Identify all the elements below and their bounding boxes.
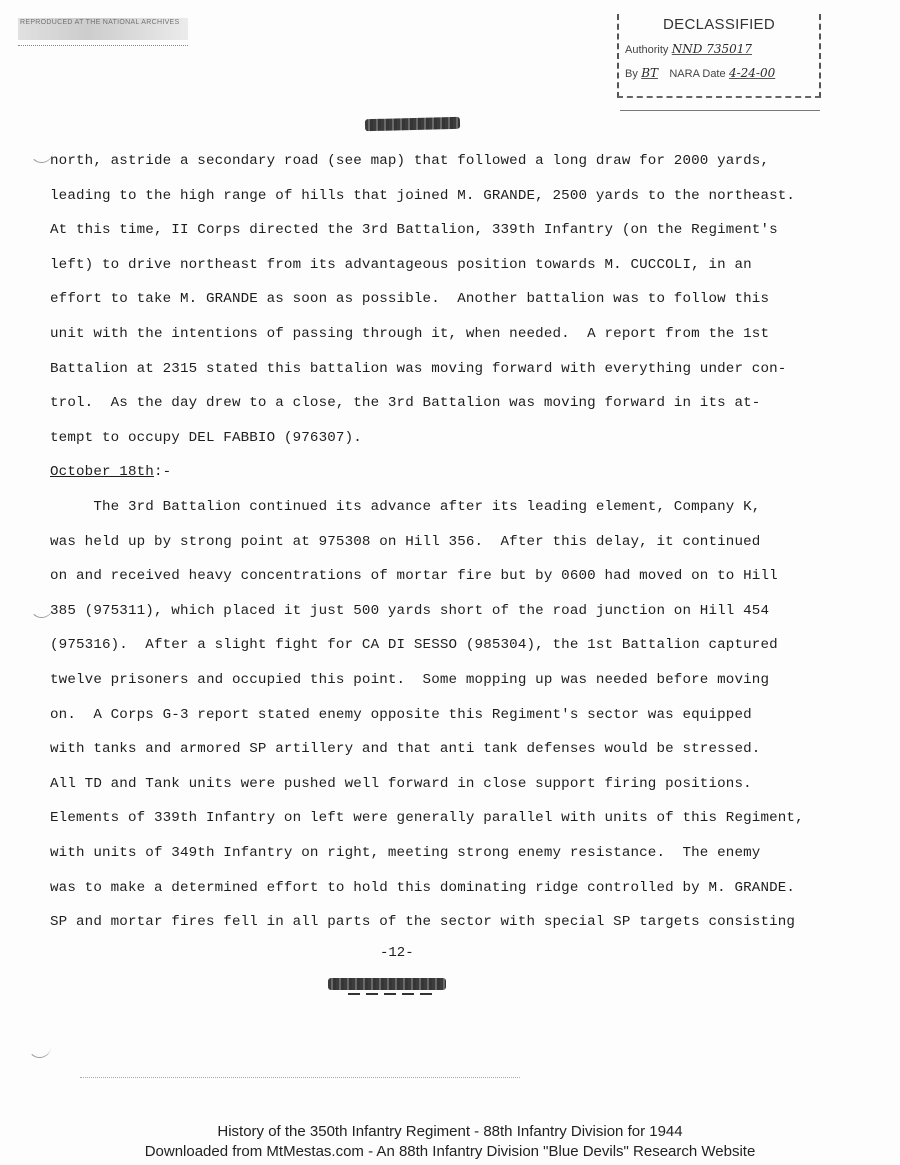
text-line: was held up by strong point at 975308 on… bbox=[50, 534, 760, 550]
section-heading: October 18th:- bbox=[50, 464, 171, 480]
classification-redaction-top bbox=[365, 117, 460, 131]
text-line: effort to take M. GRANDE as soon as poss… bbox=[50, 291, 769, 307]
text-line: north, astride a secondary road (see map… bbox=[50, 153, 769, 169]
text-line: 385 (975311), which placed it just 500 y… bbox=[50, 603, 769, 619]
classification-redaction-bottom bbox=[328, 978, 446, 990]
text-line: with tanks and armored SP artillery and … bbox=[50, 741, 760, 757]
text-line: (975316). After a slight fight for CA DI… bbox=[50, 637, 778, 653]
footer-source: Downloaded from MtMestas.com - An 88th I… bbox=[0, 1142, 900, 1162]
text-line: Elements of 339th Infantry on left were … bbox=[50, 810, 804, 826]
declassified-authority-row: Authority NND 735017 bbox=[625, 42, 752, 56]
section-heading-suffix: :- bbox=[154, 464, 171, 480]
text-line: on. A Corps G-3 report stated enemy oppo… bbox=[50, 707, 752, 723]
text-line: twelve prisoners and occupied this point… bbox=[50, 672, 769, 688]
text-line: unit with the intentions of passing thro… bbox=[50, 326, 769, 342]
archive-stamp-rule bbox=[18, 45, 188, 47]
nara-date-label: NARA Date bbox=[669, 68, 725, 80]
footer-title: History of the 350th Infantry Regiment -… bbox=[0, 1122, 900, 1142]
text-line: left) to drive northeast from its advant… bbox=[50, 257, 752, 273]
text-line: with units of 349th Infantry on right, m… bbox=[50, 845, 760, 861]
section-heading-date: October 18th bbox=[50, 464, 154, 480]
declassified-title: DECLASSIFIED bbox=[619, 16, 819, 33]
nara-date-value: 4-24-00 bbox=[729, 66, 775, 80]
text-line: Battalion at 2315 stated this battalion … bbox=[50, 361, 786, 377]
redaction-dash bbox=[348, 993, 360, 995]
margin-mark bbox=[28, 1035, 51, 1058]
text-line: leading to the high range of hills that … bbox=[50, 188, 795, 204]
archive-stamp-text: REPRODUCED AT THE NATIONAL ARCHIVES bbox=[20, 19, 179, 26]
declassified-stamp: DECLASSIFIED Authority NND 735017 By BT … bbox=[617, 14, 821, 98]
authority-value: NND 735017 bbox=[672, 42, 752, 56]
text-line: trol. As the day drew to a close, the 3r… bbox=[50, 395, 760, 411]
page-number: -12- bbox=[380, 945, 414, 961]
text-line: The 3rd Battalion continued its advance … bbox=[50, 499, 760, 515]
redaction-dash bbox=[384, 993, 396, 995]
text-line: All TD and Tank units were pushed well f… bbox=[50, 776, 752, 792]
text-line: At this time, II Corps directed the 3rd … bbox=[50, 222, 778, 238]
declassified-by-row: By BT NARA Date 4-24-00 bbox=[625, 66, 775, 80]
text-line: on and received heavy concentrations of … bbox=[50, 568, 778, 584]
text-line: SP and mortar fires fell in all parts of… bbox=[50, 914, 795, 930]
scan-artifact-rule bbox=[80, 1077, 520, 1079]
by-value: BT bbox=[641, 66, 658, 80]
archive-stamp: REPRODUCED AT THE NATIONAL ARCHIVES bbox=[18, 18, 188, 40]
by-label: By bbox=[625, 68, 638, 80]
site-footer: History of the 350th Infantry Regiment -… bbox=[0, 1122, 900, 1162]
text-line: was to make a determined effort to hold … bbox=[50, 880, 795, 896]
declassified-underline bbox=[620, 110, 820, 112]
text-line: tempt to occupy DEL FABBIO (976307). bbox=[50, 430, 362, 446]
document-page: REPRODUCED AT THE NATIONAL ARCHIVES DECL… bbox=[0, 0, 900, 1165]
redaction-dash bbox=[366, 993, 378, 995]
redaction-dash bbox=[420, 993, 432, 995]
authority-label: Authority bbox=[625, 44, 668, 56]
redaction-dash bbox=[402, 993, 414, 995]
